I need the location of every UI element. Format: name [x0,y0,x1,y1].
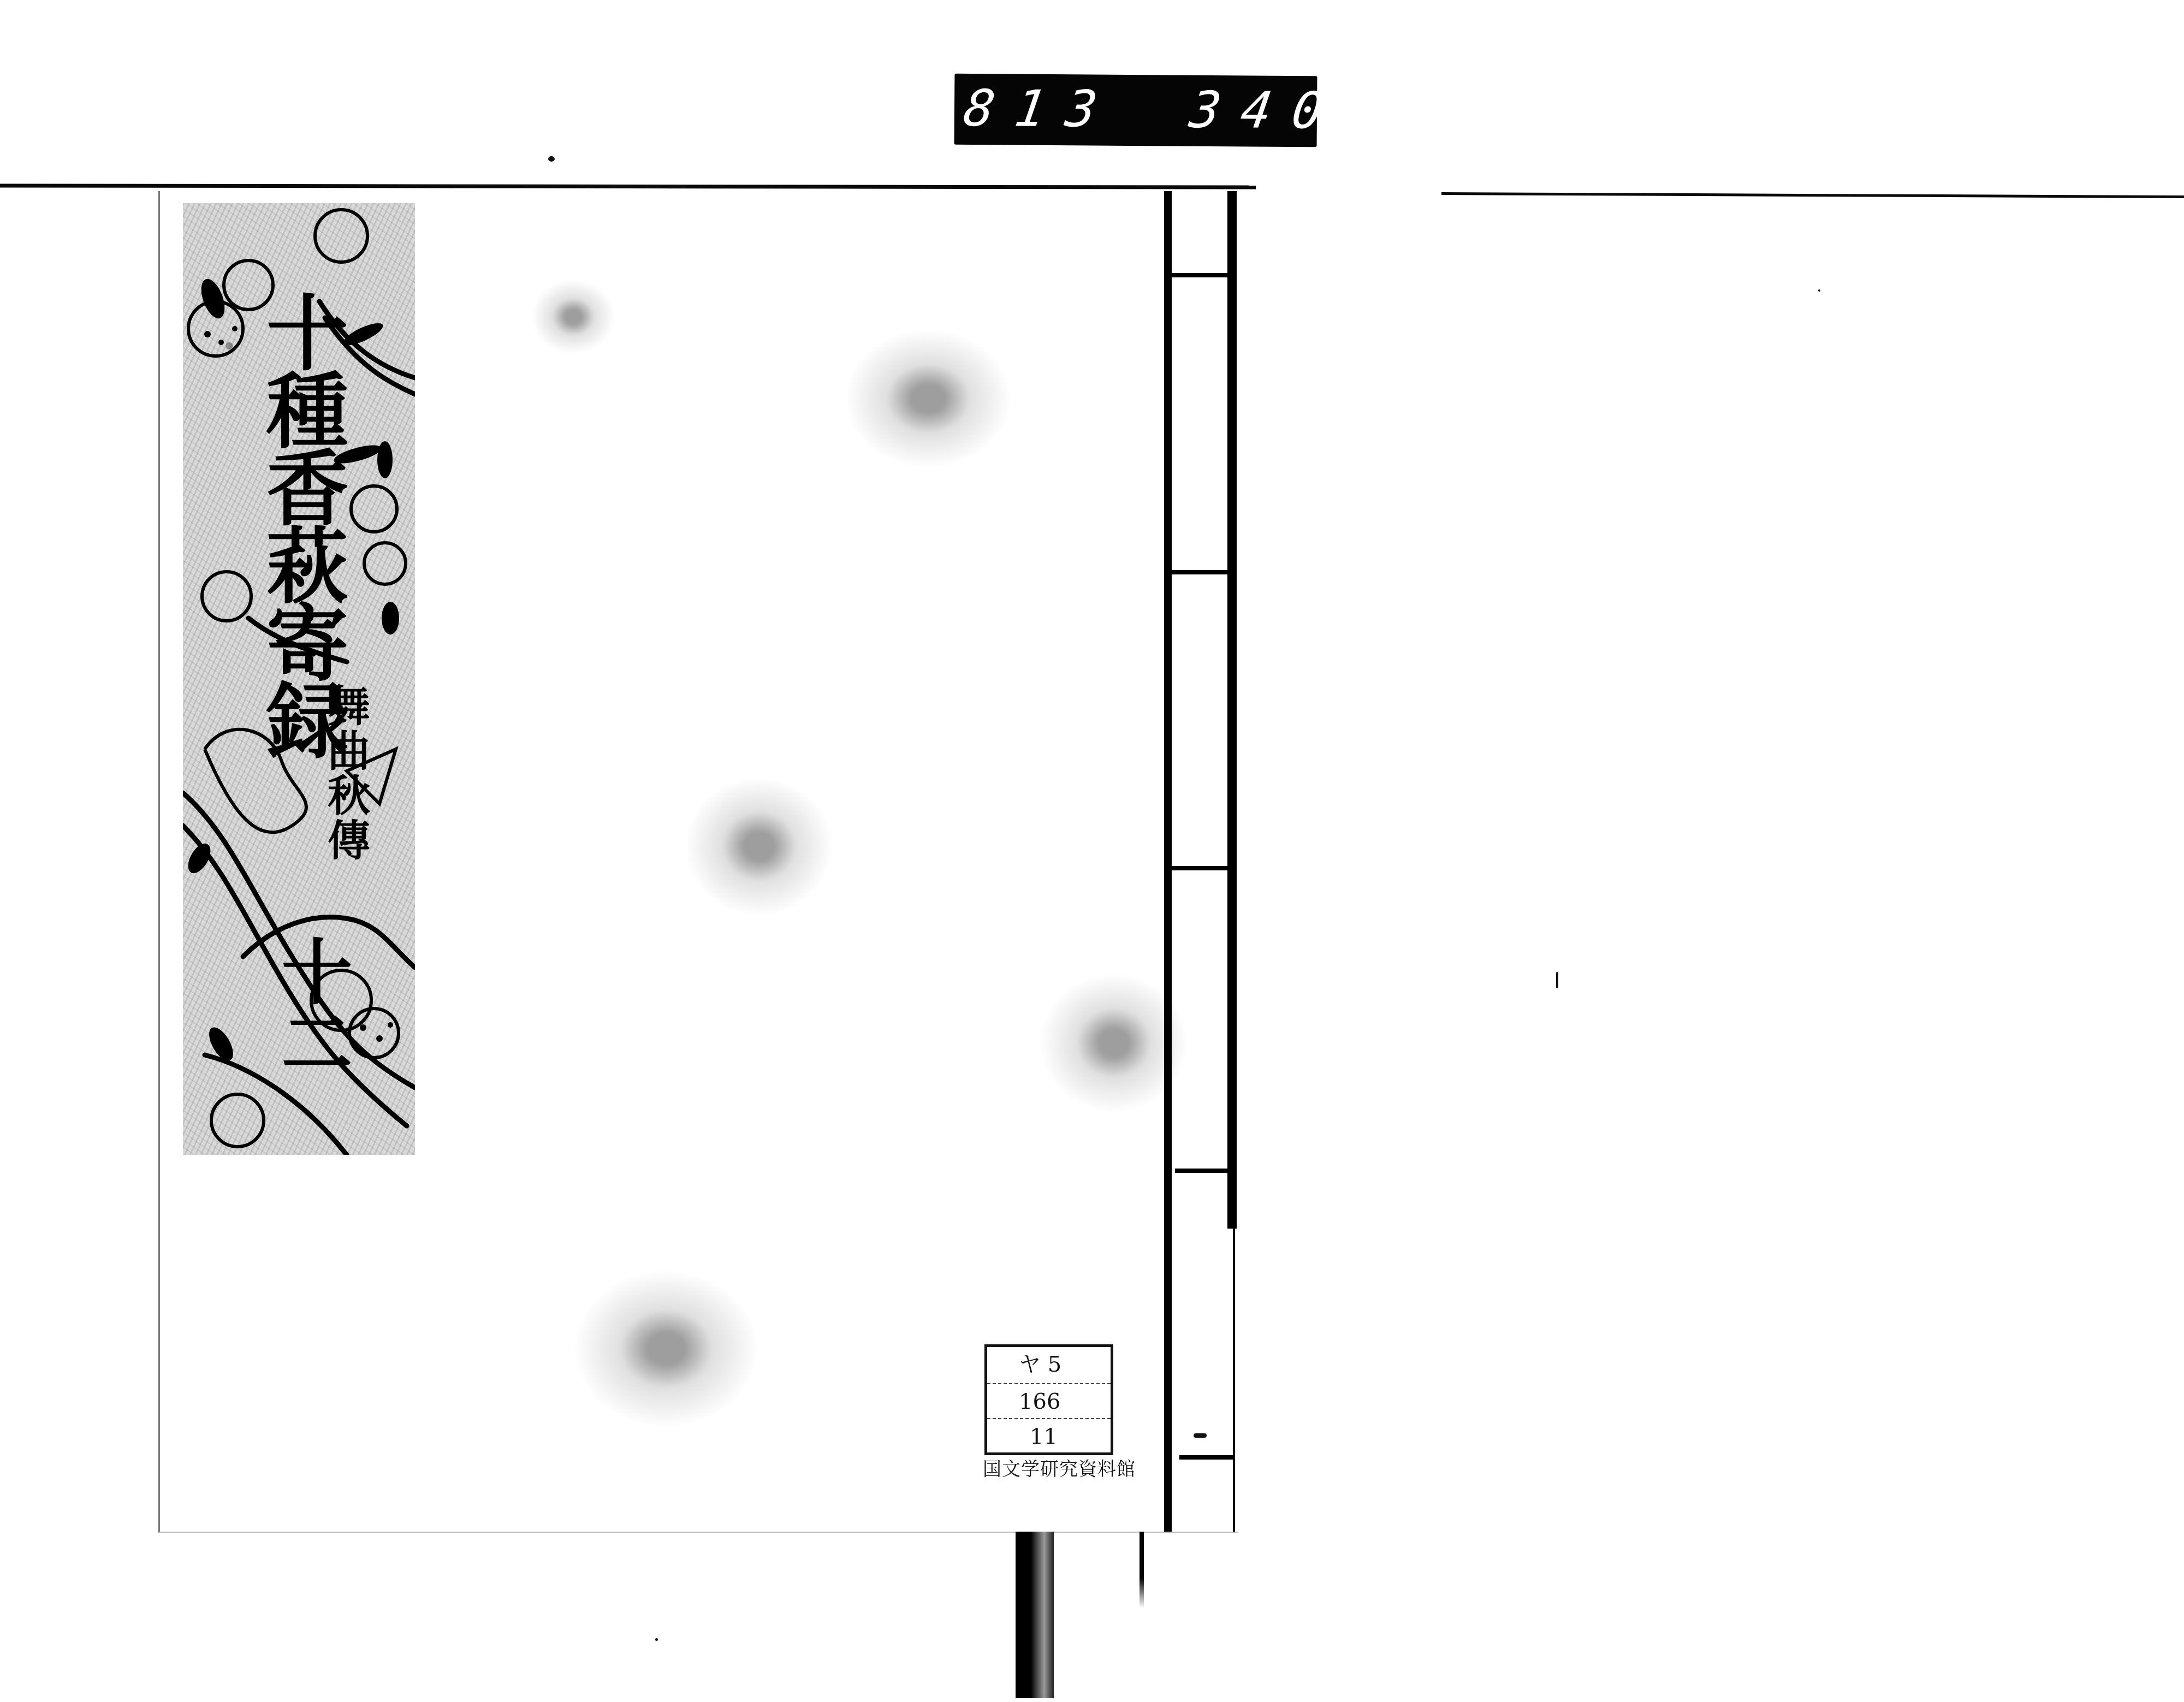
maple-leaf-icon [1026,961,1201,1125]
binding-thread-4 [1175,1169,1236,1173]
spine-line-right-thin [1233,1229,1235,1532]
speck [655,1638,658,1641]
call-number-line-1: ヤ 5 [987,1347,1111,1382]
binding-thread-3 [1171,866,1234,870]
film-edge-line-right [1441,192,2184,198]
call-number-line-3: 11 [987,1418,1111,1454]
call-number-label: ヤ 5 166 11 [984,1344,1113,1455]
bottom-sleeve [1016,1532,1054,1698]
maple-leaf-icon [524,273,622,360]
maple-leaf-icon [557,1256,775,1442]
ink-speck [1194,1433,1207,1438]
bottom-sliver [1140,1532,1144,1608]
book-subtitle: 舞曲秋傳 [322,684,368,863]
maple-leaf-icon [830,317,1026,481]
binding-thread-5 [1179,1455,1234,1460]
film-edge-line-left [0,183,1256,189]
call-number-line-2: 166 [987,1383,1111,1419]
binding-thread-2 [1170,570,1233,574]
institution-stamp: 国文学研究資料館 [983,1454,1136,1481]
counter-reel-number: 813 [960,81,1121,137]
maple-leaf-icon [672,764,846,928]
speck [548,156,555,162]
spine-line-left [1164,191,1172,1532]
frame-counter-plate: 813 340. [954,74,1317,147]
title-slip: 十種香萩寄録 舞曲秋傳 十二 [183,203,415,1155]
speck [1818,289,1820,292]
spine-line-right [1227,191,1237,1229]
counter-frame-number: 340. [1186,83,1398,139]
binding-thread-1 [1168,273,1231,277]
speck [1556,972,1558,988]
volume-number: 十二 [273,935,349,1077]
